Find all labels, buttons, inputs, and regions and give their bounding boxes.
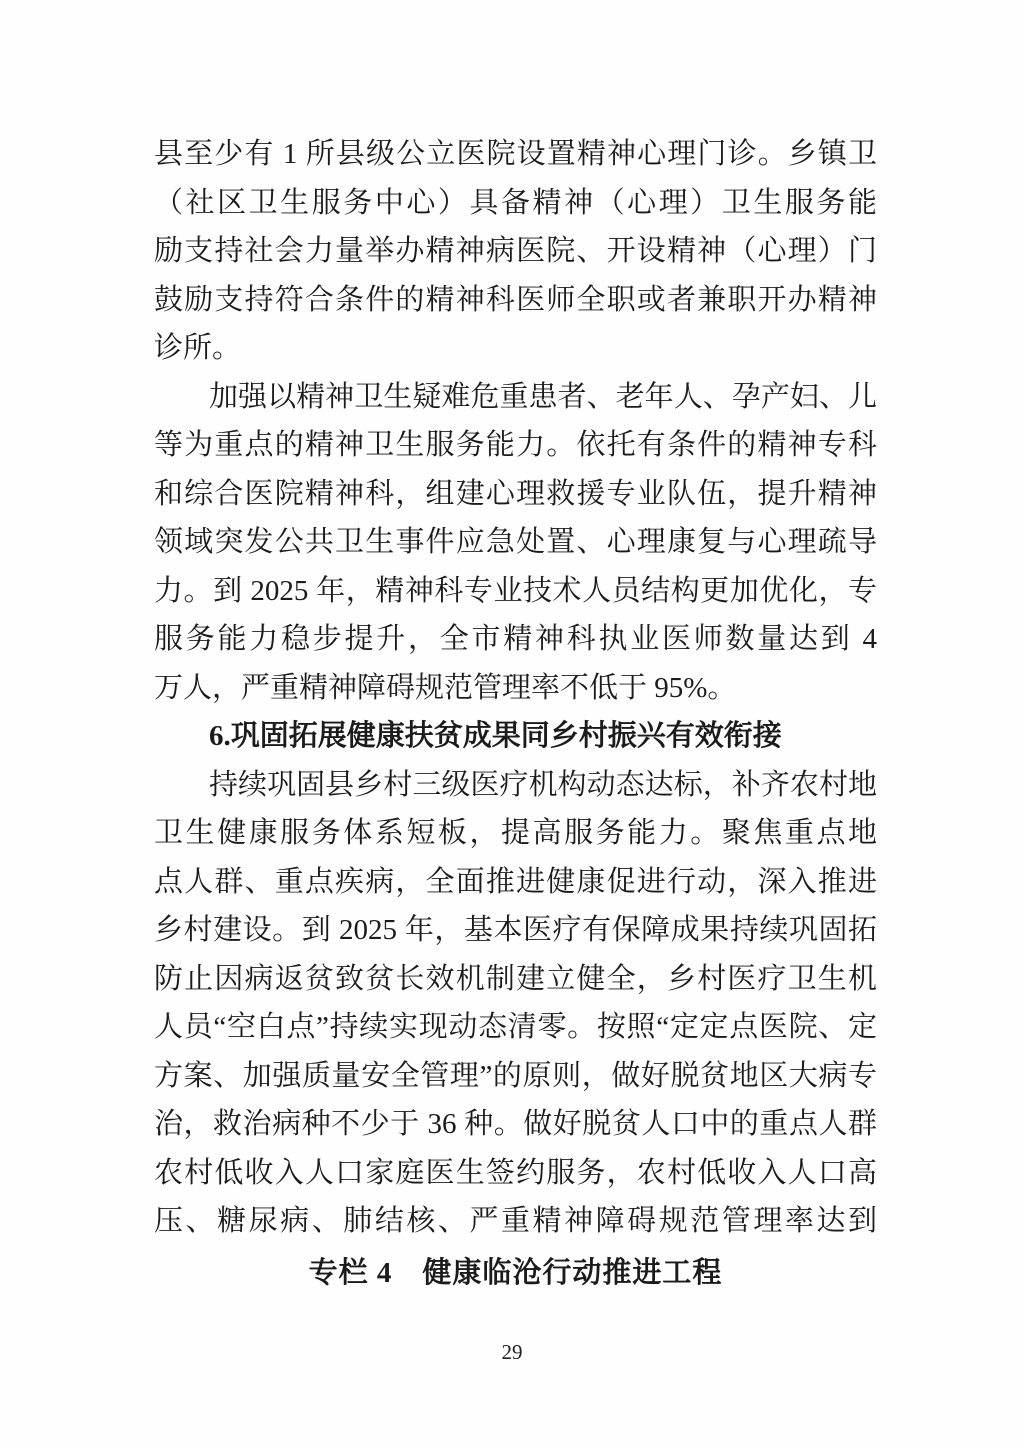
text-line: 服务能力稳步提升，全市精神科执业医师数量达到 4 名/10 bbox=[154, 615, 877, 664]
column-4-title: 专栏 4 健康临沧行动推进工程 bbox=[154, 1249, 877, 1298]
text-line: 万人，严重精神障碍规范管理率不低于 95%。 bbox=[154, 664, 877, 713]
section-6-heading: 6.巩固拓展健康扶贫成果同乡村振兴有效衔接 bbox=[154, 712, 877, 761]
text-line: 励支持社会力量举办精神病医院、开设精神（心理）门诊， bbox=[154, 227, 877, 276]
text-line: 力。到 2025 年，精神科专业技术人员结构更加优化，专科 bbox=[154, 567, 877, 616]
text-line: 乡村建设。到 2025 年，基本医疗有保障成果持续巩固拓展， bbox=[154, 906, 877, 955]
para-mental-health-capacity: 加强以精神卫生疑难危重患者、老年人、孕产妇、儿童等为重点的精神卫生服务能力。依托… bbox=[154, 373, 877, 713]
text-line: 鼓励支持符合条件的精神科医师全职或者兼职开办精神科 bbox=[154, 276, 877, 325]
text-line: 卫生健康服务体系短板，提高服务能力。聚焦重点地区、重 bbox=[154, 809, 877, 858]
para-mental-health-clinics: 县至少有 1 所县级公立医院设置精神心理门诊。乡镇卫生院（社区卫生服务中心）具备… bbox=[154, 130, 877, 373]
document-content: 县至少有 1 所县级公立医院设置精神心理门诊。乡镇卫生院（社区卫生服务中心）具备… bbox=[154, 130, 877, 1297]
text-line: 和综合医院精神科，组建心理救援专业队伍，提升精神卫生 bbox=[154, 470, 877, 519]
text-line: 领域突发公共卫生事件应急处置、心理康复与心理疏导能 bbox=[154, 518, 877, 567]
text-line: 防止因病返贫致贫长效机制建立健全，乡村医疗卫生机构和 bbox=[154, 955, 877, 1004]
text-line: （社区卫生服务中心）具备精神（心理）卫生服务能力。鼓 bbox=[154, 179, 877, 228]
text-line: 治，救治病种不少于 36 种。做好脱贫人口中的重点人群和 bbox=[154, 1100, 877, 1149]
para-poverty-alleviation-rural-revitalization: 持续巩固县乡村三级医疗机构动态达标，补齐农村地区卫生健康服务体系短板，提高服务能… bbox=[154, 761, 877, 1246]
page-number: 29 bbox=[0, 1340, 1024, 1365]
text-line: 县至少有 1 所县级公立医院设置精神心理门诊。乡镇卫生院 bbox=[154, 130, 877, 179]
document-page: 县至少有 1 所县级公立医院设置精神心理门诊。乡镇卫生院（社区卫生服务中心）具备… bbox=[0, 0, 1024, 1448]
text-line: 持续巩固县乡村三级医疗机构动态达标，补齐农村地区 bbox=[154, 761, 877, 810]
text-line: 点人群、重点疾病，全面推进健康促进行动，深入推进健康 bbox=[154, 858, 877, 907]
text-line: 人员“空白点”持续实现动态清零。按照“定定点医院、定诊疗 bbox=[154, 1003, 877, 1052]
text-line: 加强以精神卫生疑难危重患者、老年人、孕产妇、儿童 bbox=[154, 373, 877, 422]
text-line: 农村低收入人口家庭医生签约服务，农村低收入人口高血 bbox=[154, 1149, 877, 1198]
text-line: 等为重点的精神卫生服务能力。依托有条件的精神专科医院 bbox=[154, 421, 877, 470]
text-line: 方案、加强质量安全管理”的原则，做好脱贫地区大病专项救 bbox=[154, 1052, 877, 1101]
text-line: 诊所。 bbox=[154, 324, 877, 373]
text-line: 压、糖尿病、肺结核、严重精神障碍规范管理率达到 90%。 bbox=[154, 1197, 877, 1246]
